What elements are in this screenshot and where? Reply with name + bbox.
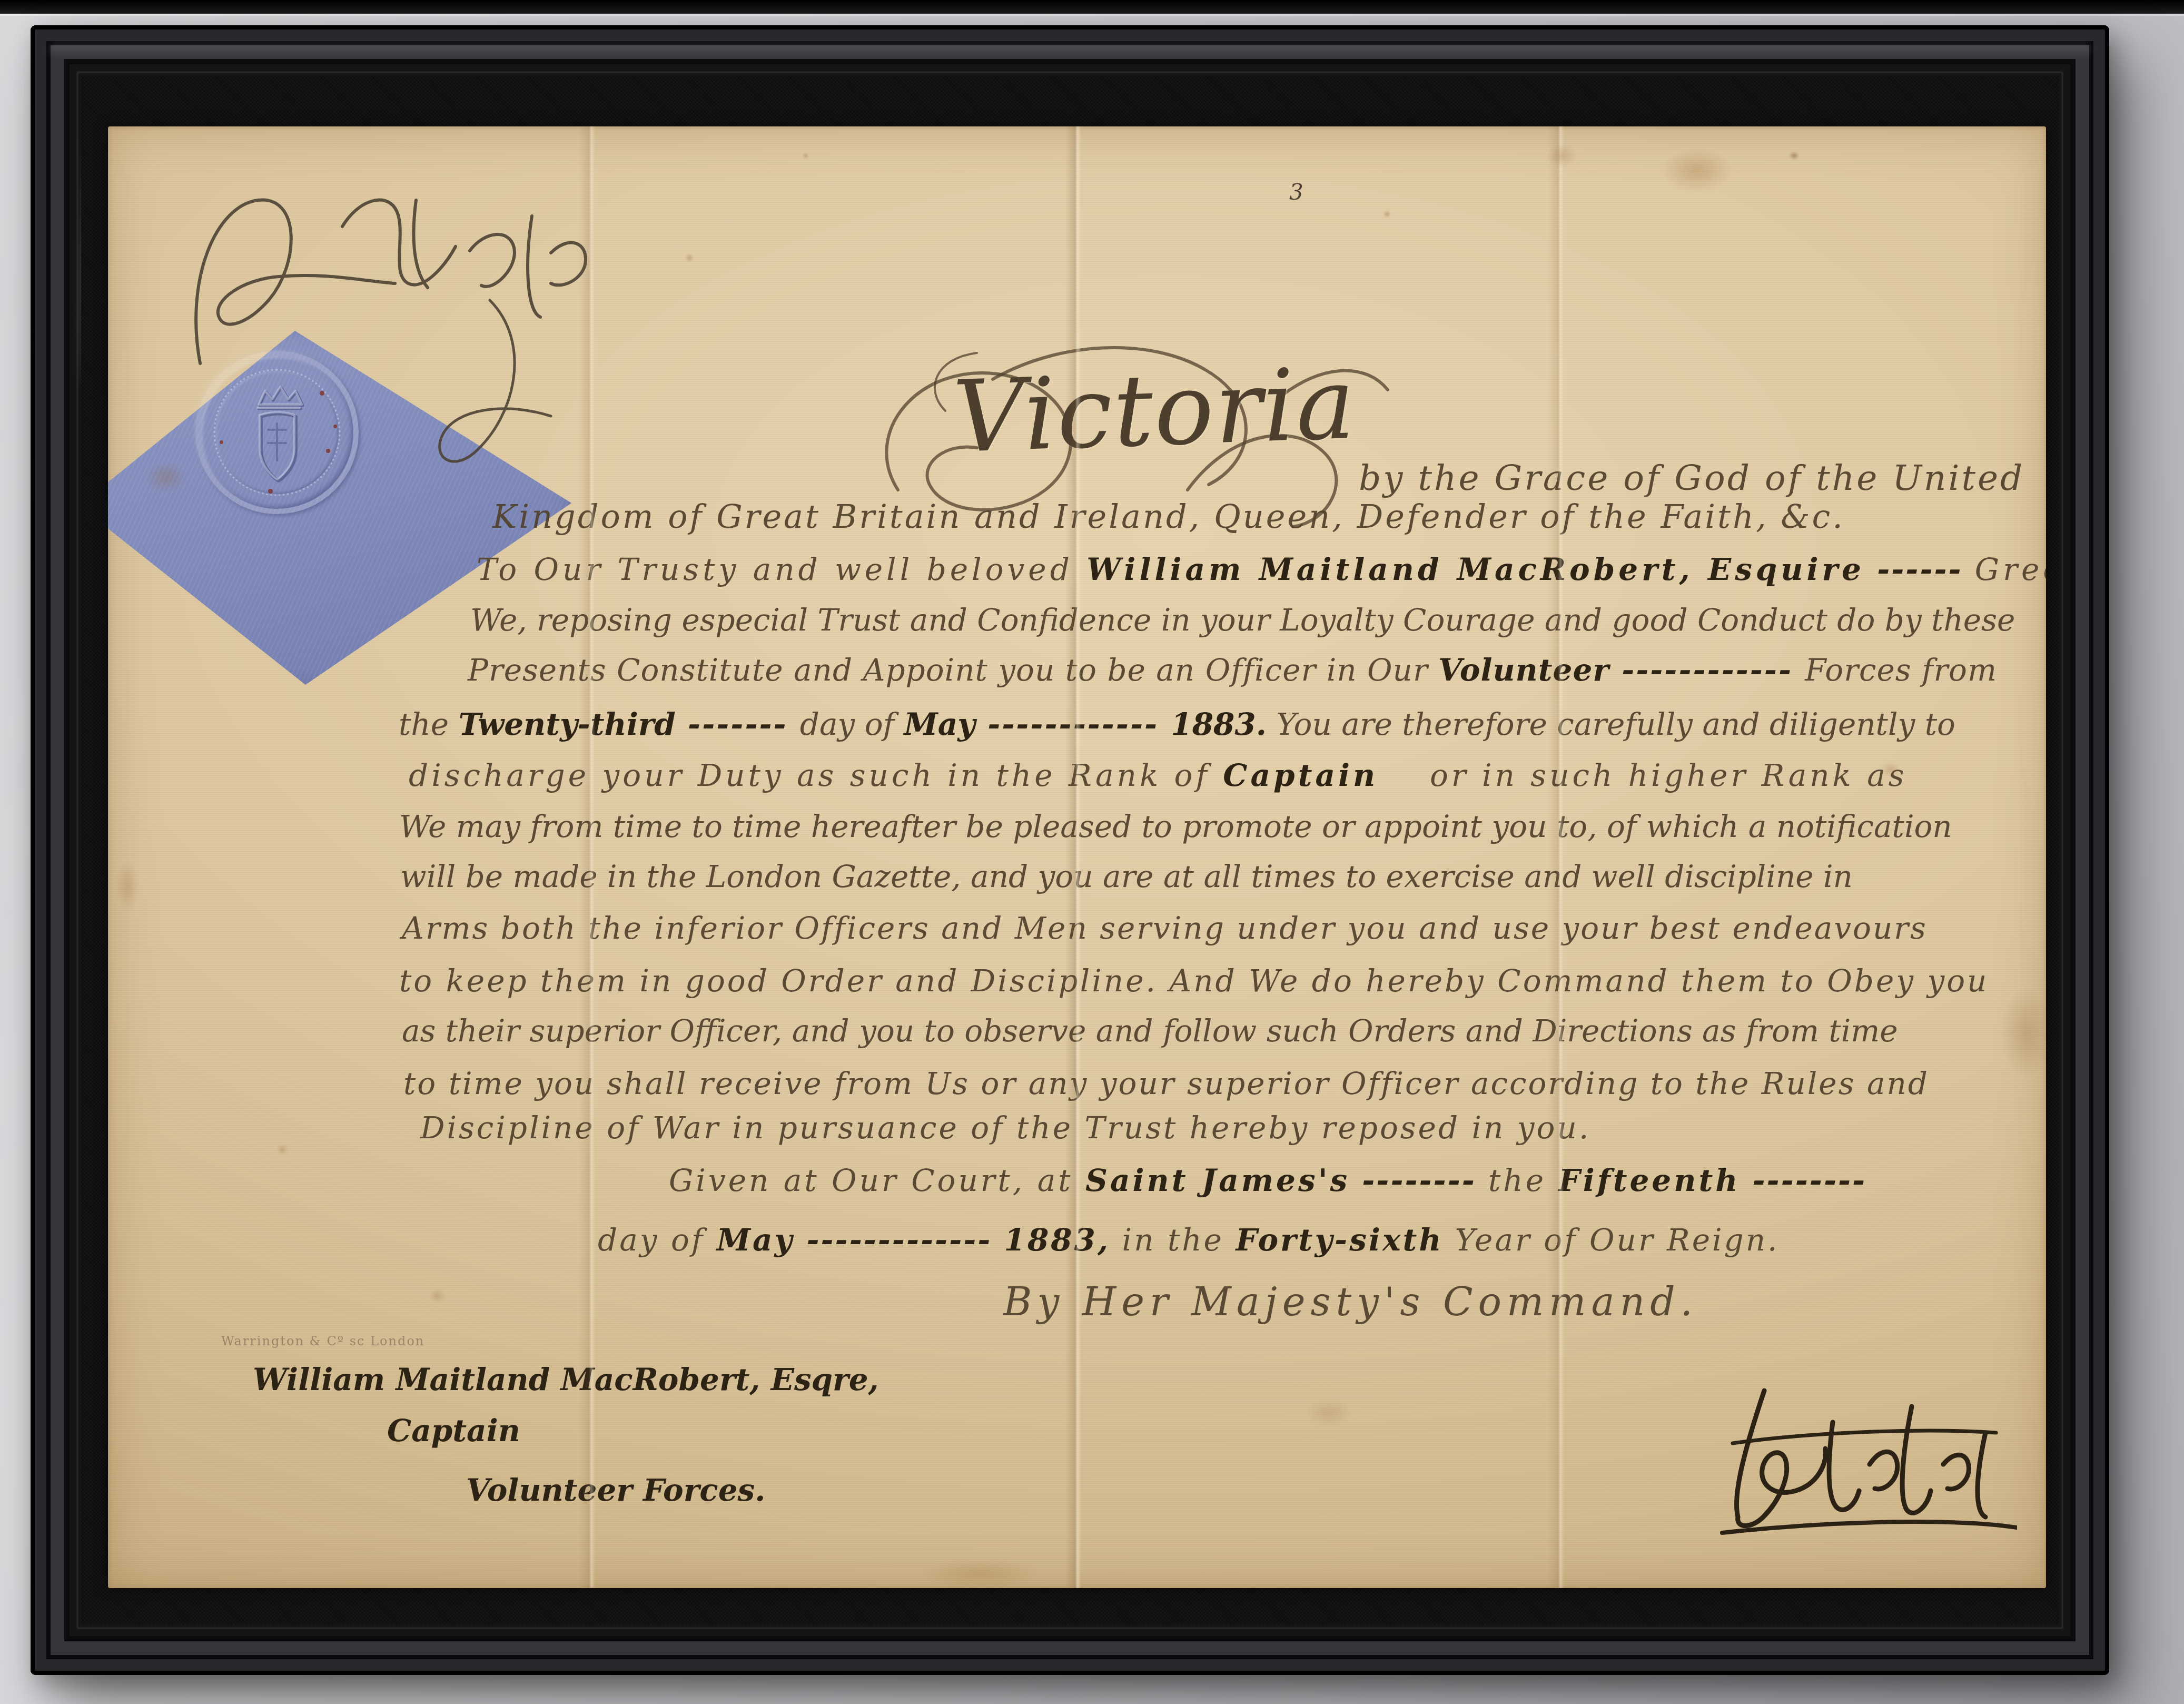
document-line: discharge your Duty as such in the Rank … <box>409 760 1908 791</box>
engraved-text: Kingdom of Great Britain and Ireland, Qu… <box>492 497 1845 536</box>
queen-signature-text: Victoria R <box>169 142 169 143</box>
page-number: 3 <box>1289 179 1303 205</box>
engraved-text: or in such higher Rank as <box>1378 757 1907 793</box>
document-line: will be made in the London Gazette, and … <box>400 861 1853 892</box>
engraved-text: To Our Trusty and well beloved <box>477 551 1086 587</box>
engraved-text: Given at Our Court, at <box>669 1163 1085 1198</box>
document-line: We, reposing especial Trust and Confiden… <box>470 605 2015 635</box>
document-line: We may from time to time hereafter be pl… <box>399 811 1952 842</box>
handwritten-ink-text: Forty-sixth <box>1236 1222 1443 1258</box>
engraved-text: Presents Constitute and Appoint you to b… <box>468 652 1438 688</box>
document-line: Arms both the inferior Officers and Men … <box>402 913 1928 943</box>
handwritten-ink-text: 1883, <box>1004 1222 1111 1258</box>
document-line: to time you shall receive from Us or any… <box>403 1068 1929 1099</box>
queen-signature-ink-icon <box>169 142 600 490</box>
handwritten-ink-text: Saint James's <box>1085 1163 1350 1198</box>
address-line-name: William Maitland MacRobert, Esqre, <box>253 1364 879 1395</box>
engraved-text: Greeting. <box>1975 551 2046 587</box>
engraved-text: Discipline of War in pursuance of the Tr… <box>420 1110 1590 1146</box>
counter-signature-text: Hartington <box>1701 1359 1702 1360</box>
dash-fill: ------------- <box>794 1222 1004 1258</box>
engraved-text: We, reposing especial Trust and Confiden… <box>470 602 2015 638</box>
document-line: as their superior Officer, and you to ob… <box>402 1016 1898 1046</box>
handwritten-ink-text: Volunteer <box>1438 652 1609 688</box>
engraved-text: to keep them in good Order and Disciplin… <box>399 963 1989 999</box>
engraved-text: day of <box>598 1222 717 1258</box>
engraved-text: day of <box>800 706 904 742</box>
document-line: Kingdom of Great Britain and Ireland, Qu… <box>492 500 1845 533</box>
engraved-text: the <box>399 706 458 742</box>
handwritten-ink-text: Captain <box>1223 757 1378 793</box>
dash-fill: ------------ <box>975 706 1171 742</box>
engraved-text: the <box>1488 1163 1558 1198</box>
engraved-text: We may from time to time hereafter be pl… <box>399 809 1952 844</box>
document-line: to keep them in good Order and Disciplin… <box>399 966 1989 996</box>
dash-fill: ------------ <box>1609 652 1805 688</box>
document-line: To Our Trusty and well beloved William M… <box>477 554 2046 585</box>
dash-fill: -------- <box>1740 1163 1866 1198</box>
handwritten-ink-text: May <box>904 706 975 742</box>
printer-imprint: Warrington & Cº sc London <box>221 1334 424 1348</box>
framed-commission-photo: Victoria R <box>0 0 2184 1704</box>
engraved-text: Year of Our Reign. <box>1443 1222 1779 1258</box>
document-line: By Her Majesty's Command. <box>1003 1283 1698 1322</box>
handwritten-ink-text: Twenty-third <box>458 706 675 742</box>
engraved-text: as their superior Officer, and you to ob… <box>402 1013 1898 1049</box>
war-secretary-signature: Hartington <box>1701 1359 2017 1543</box>
engraved-text: You are therefore carefully and diligent… <box>1267 706 1955 742</box>
address-line-rank: Captain <box>387 1415 520 1446</box>
heading-continuation: by the Grace of God of the United <box>1359 458 2024 498</box>
handwritten-ink-text: 1883. <box>1171 706 1267 742</box>
handwritten-ink-text: William Maitland MacRobert, Esquire <box>1086 551 1865 587</box>
engraved-text: in the <box>1110 1222 1236 1258</box>
handwritten-ink-text: Fifteenth <box>1558 1163 1740 1198</box>
document-line: the Twenty-third ------- day of May ----… <box>399 709 1955 740</box>
engraved-text: discharge your Duty as such in the Rank … <box>409 757 1223 793</box>
heading-victoria: Victoria <box>951 346 1358 476</box>
engraved-text: to time you shall receive from Us or any… <box>403 1066 1929 1101</box>
dash-fill: ------- <box>676 706 800 742</box>
document-line: day of May ------------- 1883, in the Fo… <box>598 1225 1780 1255</box>
address-line-force: Volunteer Forces. <box>466 1475 765 1505</box>
engraved-text: Forces from <box>1805 652 1997 688</box>
dash-fill: -------- <box>1350 1163 1488 1198</box>
engraved-text: By Her Majesty's Command. <box>1003 1279 1698 1325</box>
commission-document: Victoria R <box>108 126 2046 1588</box>
photo-top-edge-highlight <box>0 14 2184 16</box>
document-line: Discipline of War in pursuance of the Tr… <box>420 1112 1590 1143</box>
dash-fill: ------ <box>1865 551 1975 587</box>
photo-top-edge-strip <box>0 0 2184 14</box>
counter-signature-ink-icon <box>1701 1359 2017 1543</box>
document-line: Given at Our Court, at Saint James's ---… <box>669 1165 1866 1196</box>
document-line: Presents Constitute and Appoint you to b… <box>468 655 1997 685</box>
queen-victoria-signature: Victoria R <box>169 142 600 490</box>
engraved-text: Arms both the inferior Officers and Men … <box>402 910 1928 946</box>
engraved-text: will be made in the London Gazette, and … <box>400 859 1853 894</box>
handwritten-ink-text: May <box>717 1222 794 1258</box>
paper-fold-line <box>1548 126 1572 1588</box>
